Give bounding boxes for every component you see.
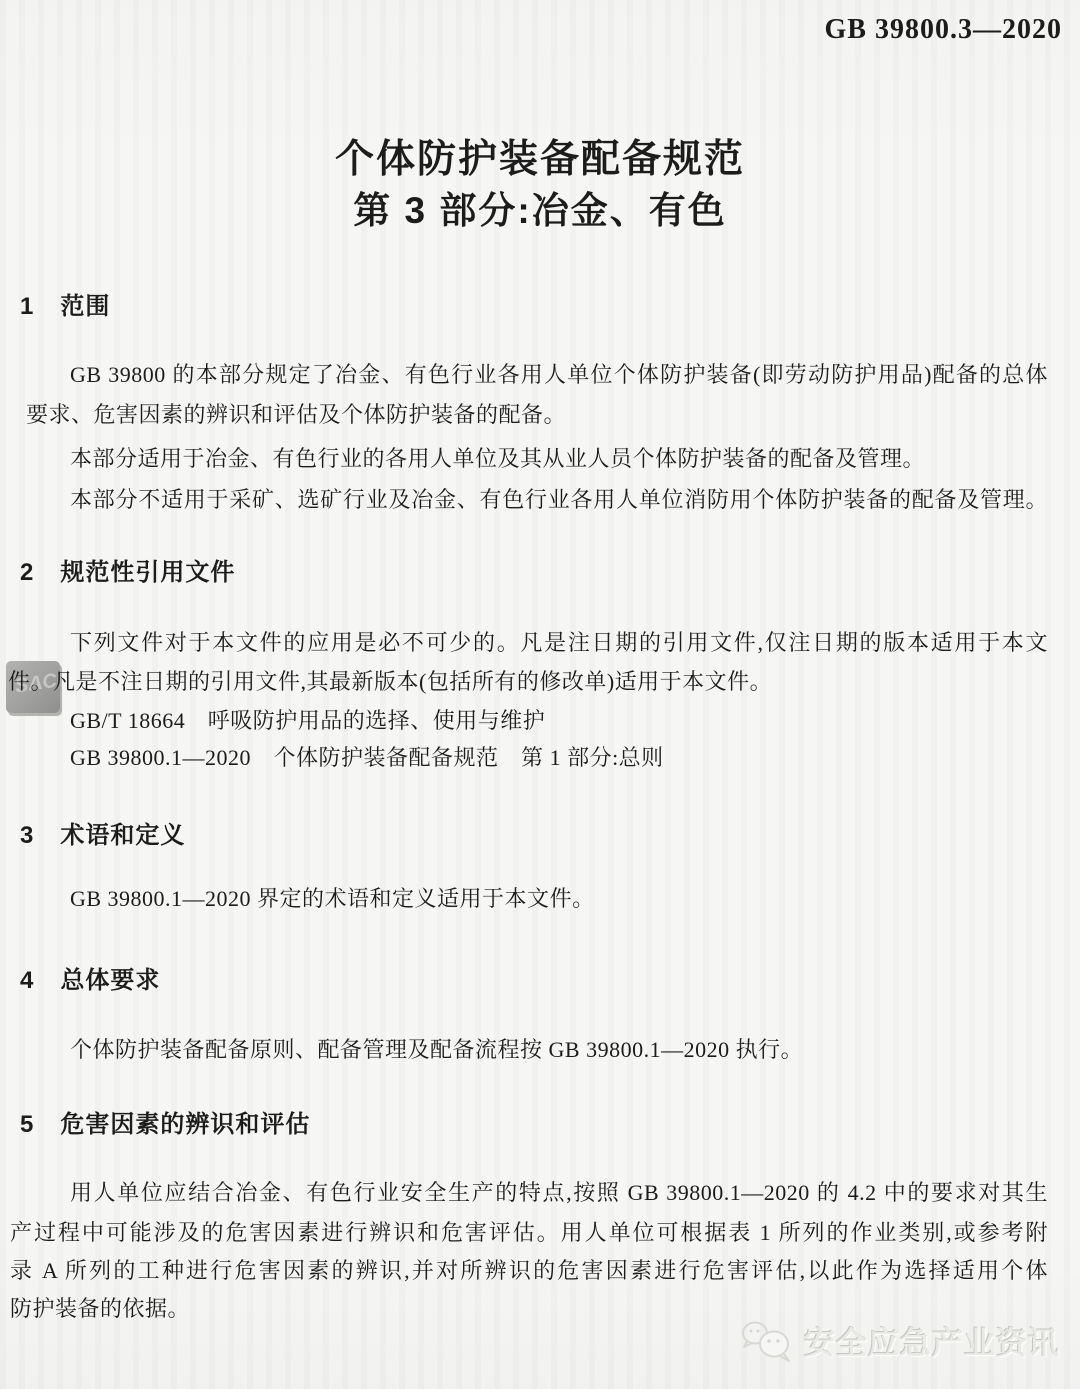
body-line: 录 A 所列的工种进行危害因素的辨识,并对所辨识的危害因素进行危害评估,以此作为… — [10, 1256, 1048, 1286]
section-1-heading: 1范围 — [20, 286, 110, 321]
body-line: 用人单位应结合冶金、有色行业安全生产的特点,按照 GB 39800.1—2020… — [26, 1178, 1048, 1208]
section-2-heading: 2规范性引用文件 — [20, 552, 235, 587]
body-line: 本部分适用于冶金、有色行业的各用人单位及其从业人员个体防护装备的配备及管理。 — [26, 444, 1080, 474]
wechat-logo-icon — [740, 1319, 794, 1363]
section-2-number: 2 — [20, 559, 34, 587]
section-3-heading: 3术语和定义 — [20, 815, 185, 850]
section-5-heading: 5危害因素的辨识和评估 — [20, 1104, 310, 1139]
body-line: 要求、危害因素的辨识和评估及个体防护装备的配备。 — [26, 400, 1048, 430]
document-page: GB 39800.3—2020 个体防护装备配备规范 第 3 部分:冶金、有色 … — [0, 0, 1080, 1389]
section-3-title: 术语和定义 — [60, 822, 185, 849]
body-line: GB 39800.1—2020 界定的术语和定义适用于本文件。 — [26, 884, 1080, 914]
document-title: 个体防护装备配备规范 — [0, 128, 1080, 184]
section-1-number: 1 — [20, 293, 34, 321]
body-line: 本部分不适用于采矿、选矿行业及冶金、有色行业各用人单位消防用个体防护装备的配备及… — [26, 485, 1048, 515]
section-1-title: 范围 — [60, 293, 110, 320]
section-2-title: 规范性引用文件 — [60, 559, 235, 586]
body-line: 个体防护装备配备原则、配备管理及配备流程按 GB 39800.1—2020 执行… — [26, 1035, 1080, 1065]
footer-watermark: 安全应急产业资讯 — [740, 1318, 1060, 1363]
section-3-number: 3 — [20, 822, 34, 850]
standard-code: GB 39800.3—2020 — [825, 14, 1062, 46]
section-4-heading: 4总体要求 — [20, 960, 160, 995]
document-subtitle: 第 3 部分:冶金、有色 — [0, 180, 1080, 234]
reference-line: GB 39800.1—2020 个体防护装备配备规范 第 1 部分:总则 — [26, 743, 1080, 773]
body-line: 件。凡是不注日期的引用文件,其最新版本(包括所有的修改单)适用于本文件。 — [8, 667, 1048, 697]
section-4-title: 总体要求 — [60, 967, 160, 994]
body-line: 产过程中可能涉及的危害因素进行辨识和危害评估。用人单位可根据表 1 所列的作业类… — [10, 1218, 1048, 1248]
footer-watermark-text: 安全应急产业资讯 — [804, 1318, 1060, 1363]
section-5-number: 5 — [20, 1111, 34, 1139]
section-5-title: 危害因素的辨识和评估 — [60, 1111, 310, 1138]
body-line: GB 39800 的本部分规定了冶金、有色行业各用人单位个体防护装备(即劳动防护… — [26, 360, 1048, 390]
reference-line: GB/T 18664 呼吸防护用品的选择、使用与维护 — [26, 706, 1080, 736]
section-4-number: 4 — [20, 967, 34, 995]
body-line: 下列文件对于本文件的应用是必不可少的。凡是注日期的引用文件,仅注日期的版本适用于… — [26, 628, 1048, 658]
